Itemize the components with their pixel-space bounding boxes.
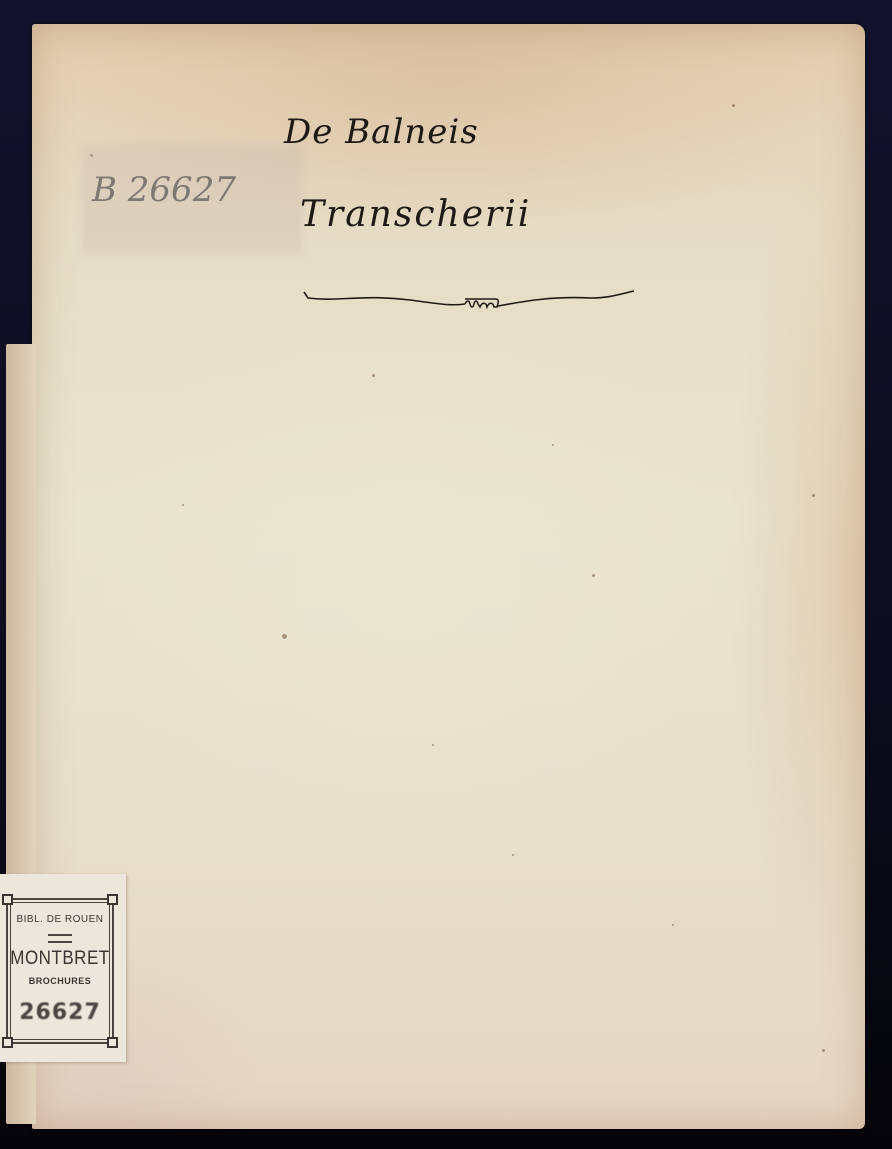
label-item-number: 26627 xyxy=(8,1000,112,1025)
paper-speck xyxy=(822,1049,825,1052)
frame-corner-ornament xyxy=(2,894,13,905)
frame-corner-ornament xyxy=(107,894,118,905)
paper-speck xyxy=(812,494,815,497)
paper-speck xyxy=(512,854,514,856)
label-series-name: BROCHURES xyxy=(8,976,112,986)
frame-corner-ornament xyxy=(2,1037,13,1048)
library-label: BIBL. DE ROUEN MONTBRET BROCHURES 26627 xyxy=(0,874,126,1062)
label-library-name: BIBL. DE ROUEN xyxy=(8,914,112,925)
paper-speck xyxy=(732,104,735,107)
paper-speck xyxy=(672,924,674,926)
label-double-rule xyxy=(48,934,72,943)
paper-speck xyxy=(372,374,375,377)
label-border-frame: BIBL. DE ROUEN MONTBRET BROCHURES 26627 xyxy=(6,898,114,1044)
paper-speck xyxy=(432,744,434,746)
paper-speck xyxy=(552,444,554,446)
pencil-shelfmark: B 26627 xyxy=(92,170,236,210)
document-cover: B 26627 De Balneis Transcherii BIBL. DE … xyxy=(32,24,865,1129)
paper-speck xyxy=(592,574,595,577)
calligraphic-flourish xyxy=(300,288,640,324)
label-collection-name: MONTBRET xyxy=(8,947,112,970)
paper-speck xyxy=(282,634,287,639)
paper-speck xyxy=(182,504,184,506)
title-line-1: De Balneis xyxy=(284,112,479,152)
title-line-2: Transcherii xyxy=(300,194,531,235)
frame-corner-ornament xyxy=(107,1037,118,1048)
